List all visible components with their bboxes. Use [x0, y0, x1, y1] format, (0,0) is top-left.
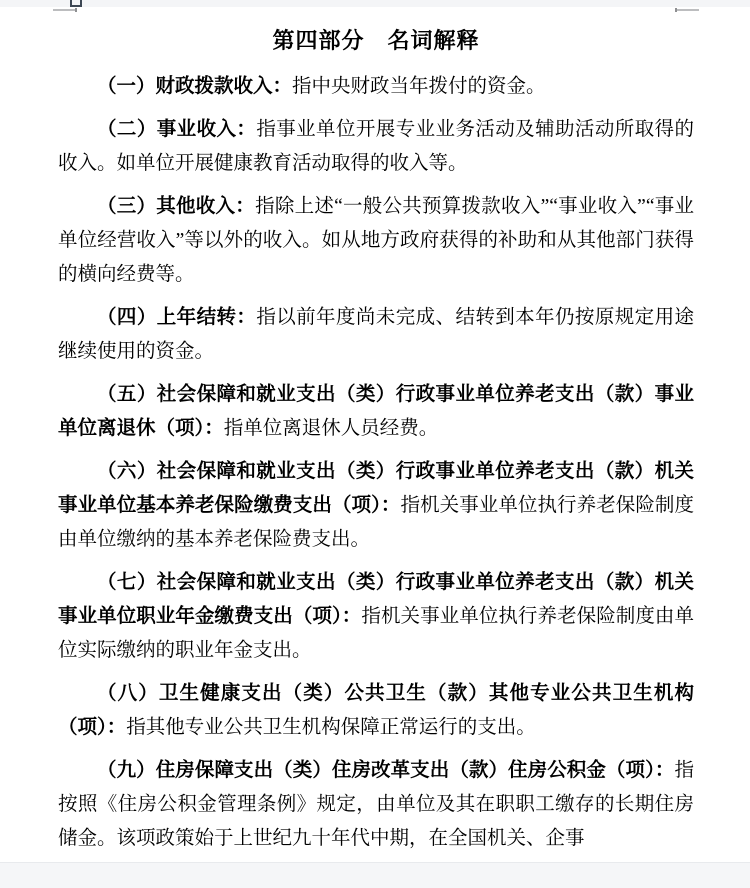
canvas-top-strip	[0, 0, 750, 7]
margin-mark-right	[675, 9, 699, 11]
square-handle-icon[interactable]	[70, 0, 82, 7]
definition-paragraph: （七）社会保障和就业支出（类）行政事业单位养老支出（款）机关事业单位职业年金缴费…	[58, 566, 694, 668]
term-definition: 指中央财政当年拨付的资金。	[292, 76, 546, 97]
definition-paragraph: （九）住房保障支出（类）住房改革支出（款）住房公积金（项）：指按照《住房公积金管…	[58, 754, 694, 856]
term-label: （二）事业收入：	[97, 119, 256, 140]
definition-paragraph: （三）其他收入：指除上述“一般公共预算拨款收入”“事业收入”“事业单位经营收入”…	[58, 190, 694, 292]
document-canvas: 第四部分 名词解释 （一）财政拨款收入：指中央财政当年拨付的资金。（二）事业收入…	[0, 0, 750, 888]
term-label: （四）上年结转：	[97, 307, 256, 328]
definition-paragraph: （四）上年结转：指以前年度尚未完成、结转到本年仍按原规定用途继续使用的资金。	[58, 301, 694, 369]
term-definition: 指单位离退休人员经费。	[224, 418, 439, 439]
definition-paragraph: （二）事业收入：指事业单位开展专业业务活动及辅助活动所取得的收入。如单位开展健康…	[58, 113, 694, 181]
section-title: 第四部分 名词解释	[58, 26, 694, 56]
term-label: （三）其他收入：	[97, 196, 255, 217]
definition-paragraph: （五）社会保障和就业支出（类）行政事业单位养老支出（款）事业单位离退休（项）：指…	[58, 378, 694, 446]
canvas-bottom-strip	[0, 862, 750, 888]
definitions-list: （一）财政拨款收入：指中央财政当年拨付的资金。（二）事业收入：指事业单位开展专业…	[58, 70, 694, 856]
document-page: 第四部分 名词解释 （一）财政拨款收入：指中央财政当年拨付的资金。（二）事业收入…	[58, 26, 694, 865]
definition-paragraph: （一）财政拨款收入：指中央财政当年拨付的资金。	[58, 70, 694, 104]
term-definition: 指其他专业公共卫生机构保障正常运行的支出。	[126, 717, 536, 738]
term-label: （一）财政拨款收入：	[97, 76, 292, 97]
definition-paragraph: （六）社会保障和就业支出（类）行政事业单位养老支出（款）机关事业单位基本养老保险…	[58, 455, 694, 557]
term-label: （九）住房保障支出（类）住房改革支出（款）住房公积金（项）：	[97, 760, 674, 781]
margin-mark-left	[53, 9, 77, 11]
definition-paragraph: （八）卫生健康支出（类）公共卫生（款）其他专业公共卫生机构（项）：指其他专业公共…	[58, 677, 694, 745]
